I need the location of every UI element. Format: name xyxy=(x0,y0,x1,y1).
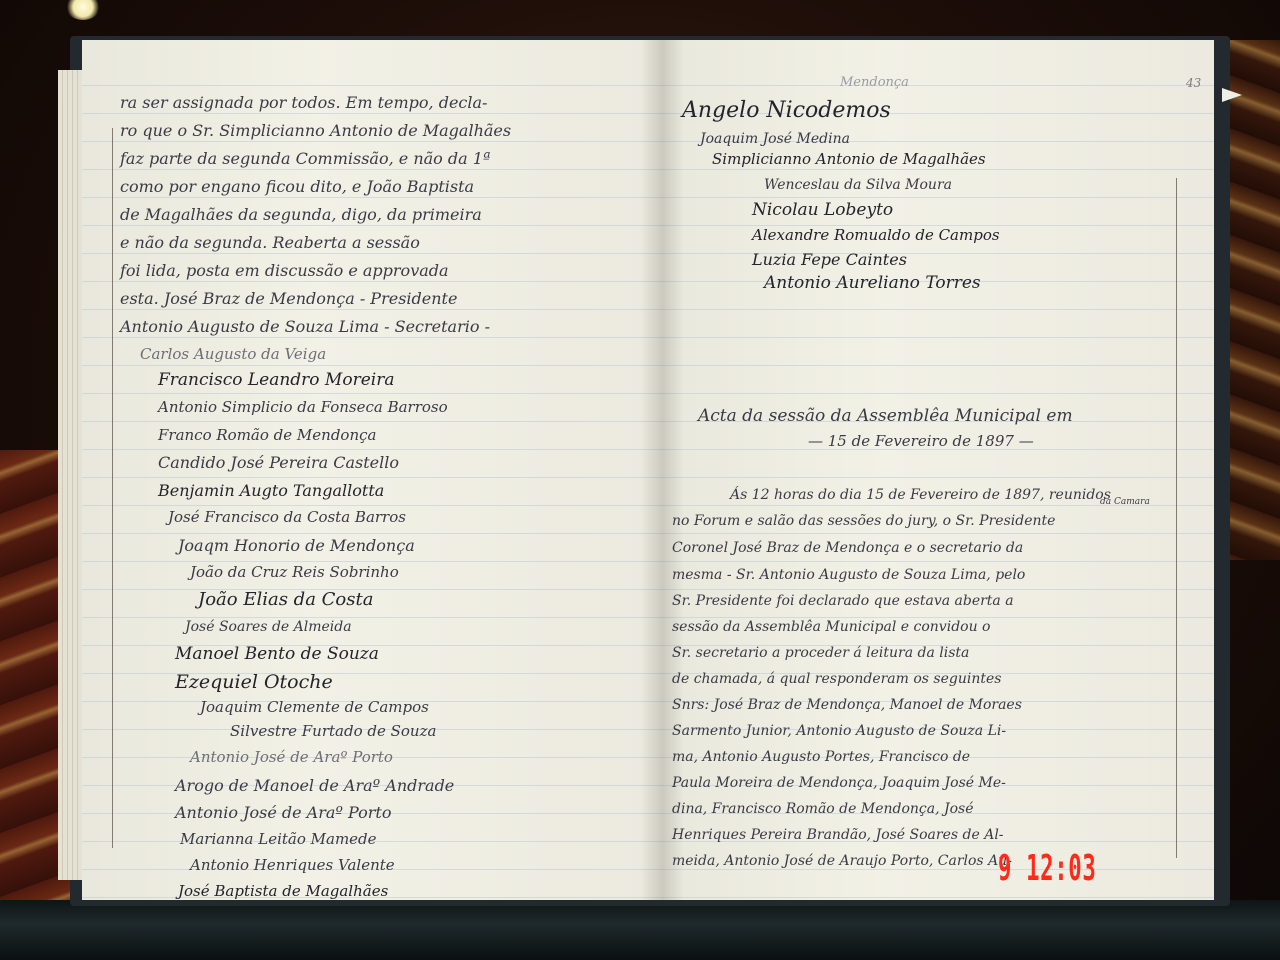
book-gutter xyxy=(640,40,684,900)
right-body-line: meida, Antonio José de Araujo Porto, Car… xyxy=(672,854,1012,868)
right-body-line: Snrs: José Braz de Mendonça, Manoel de M… xyxy=(672,698,1022,712)
right-body-line: de chamada, á qual responderam os seguin… xyxy=(672,672,1001,686)
signature: Luzia Fepe Caintes xyxy=(752,252,907,268)
left-margin-line xyxy=(112,128,113,848)
signature: Antonio José de Araº Porto xyxy=(190,750,393,765)
right-body-line: Sarmento Junior, Antonio Augusto de Souz… xyxy=(672,724,1006,738)
signature: José Soares de Almeida xyxy=(185,620,352,634)
camera-timestamp: 9 12:03 xyxy=(998,848,1096,889)
right-body-line: Coronel José Braz de Mendonça e o secret… xyxy=(672,541,1023,555)
minutes-date: — 15 de Fevereiro de 1897 — xyxy=(808,434,1034,449)
signature: Ezequiel Otoche xyxy=(175,673,333,692)
signature: José Francisco da Costa Barros xyxy=(168,510,406,525)
signature: Antonio Simplicio da Fonseca Barroso xyxy=(158,400,448,415)
signature: Carlos Augusto da Veiga xyxy=(140,347,326,362)
right-body-line: ma, Antonio Augusto Portes, Francisco de xyxy=(672,750,970,764)
signature: João Elias da Costa xyxy=(198,591,373,609)
page-edges xyxy=(58,70,82,880)
signature: Antonio José de Araº Porto xyxy=(175,805,391,821)
left-body-line: faz parte da segunda Commissão, e não da… xyxy=(120,151,491,167)
right-body-line: Henriques Pereira Brandão, José Soares d… xyxy=(672,828,1004,842)
left-body-line: foi lida, posta em discussão e approvada xyxy=(120,263,449,279)
right-body-line: Sr. Presidente foi declarado que estava … xyxy=(672,594,1014,608)
page-number: 43 xyxy=(1186,76,1201,90)
ruled-lines xyxy=(662,40,1214,900)
signature: Benjamin Augto Tangallotta xyxy=(158,483,384,499)
signature: Simplicianno Antonio de Magalhães xyxy=(712,152,986,167)
left-body-line: esta. José Braz de Mendonça - Presidente xyxy=(120,291,457,307)
right-body-line: Ás 12 horas do dia 15 de Fevereiro de 18… xyxy=(730,488,1111,502)
signature: Nicolau Lobeyto xyxy=(752,202,893,219)
signature: Candido José Pereira Castello xyxy=(158,455,399,471)
right-body-line: Sr. secretario a proceder á leitura da l… xyxy=(672,646,969,660)
left-body-line: ra ser assignada por todos. Em tempo, de… xyxy=(120,95,487,111)
display-case-base xyxy=(0,900,1280,960)
signature: Joaqm Honorio de Mendonça xyxy=(178,538,415,554)
signature: Antonio Aureliano Torres xyxy=(764,275,981,292)
left-body-line: de Magalhães da segunda, digo, da primei… xyxy=(120,207,482,223)
running-head: Mendonça xyxy=(840,75,909,90)
signature: Silvestre Furtado de Souza xyxy=(230,724,436,739)
signature: José Baptista de Magalhães xyxy=(178,884,388,899)
right-body-line: mesma - Sr. Antonio Augusto de Souza Lim… xyxy=(672,568,1025,582)
signature: Marianna Leitão Mamede xyxy=(180,832,377,847)
page-tab-marker xyxy=(1222,88,1242,102)
right-page xyxy=(662,40,1214,900)
left-body-line: Antonio Augusto de Souza Lima - Secretar… xyxy=(120,319,490,335)
signature: João da Cruz Reis Sobrinho xyxy=(190,565,399,580)
right-body-line: sessão da Assemblêa Municipal e convidou… xyxy=(672,620,990,634)
left-body-line: e não da segunda. Reaberta a sessão xyxy=(120,235,420,251)
signature: Wenceslau da Silva Moura xyxy=(764,178,952,192)
signature: Angelo Nicodemos xyxy=(682,100,891,122)
right-body-line: Paula Moreira de Mendonça, Joaquim José … xyxy=(672,776,1006,790)
signature: Alexandre Romualdo de Campos xyxy=(752,228,1000,243)
right-body-line: no Forum e salão das sessões do jury, o … xyxy=(672,514,1055,528)
signature: Franco Romão de Mendonça xyxy=(158,428,376,443)
left-body-line: como por engano ficou dito, e João Bapti… xyxy=(120,179,474,195)
signature: Joaquim Clemente de Campos xyxy=(200,700,429,715)
lamp-glare xyxy=(66,0,100,20)
signature: Antonio Henriques Valente xyxy=(190,858,395,873)
signature: Manoel Bento de Souza xyxy=(175,646,379,663)
right-margin-line xyxy=(1176,178,1177,858)
minutes-heading: Acta da sessão da Assemblêa Municipal em xyxy=(698,408,1073,425)
right-body-line: dina, Francisco Romão de Mendonça, José xyxy=(672,802,974,816)
left-body-line: ro que o Sr. Simplicianno Antonio de Mag… xyxy=(120,123,511,139)
signature: Arogo de Manoel de Araº Andrade xyxy=(175,778,454,794)
signature: Joaquim José Medina xyxy=(700,132,850,146)
signature: Francisco Leandro Moreira xyxy=(158,372,394,389)
